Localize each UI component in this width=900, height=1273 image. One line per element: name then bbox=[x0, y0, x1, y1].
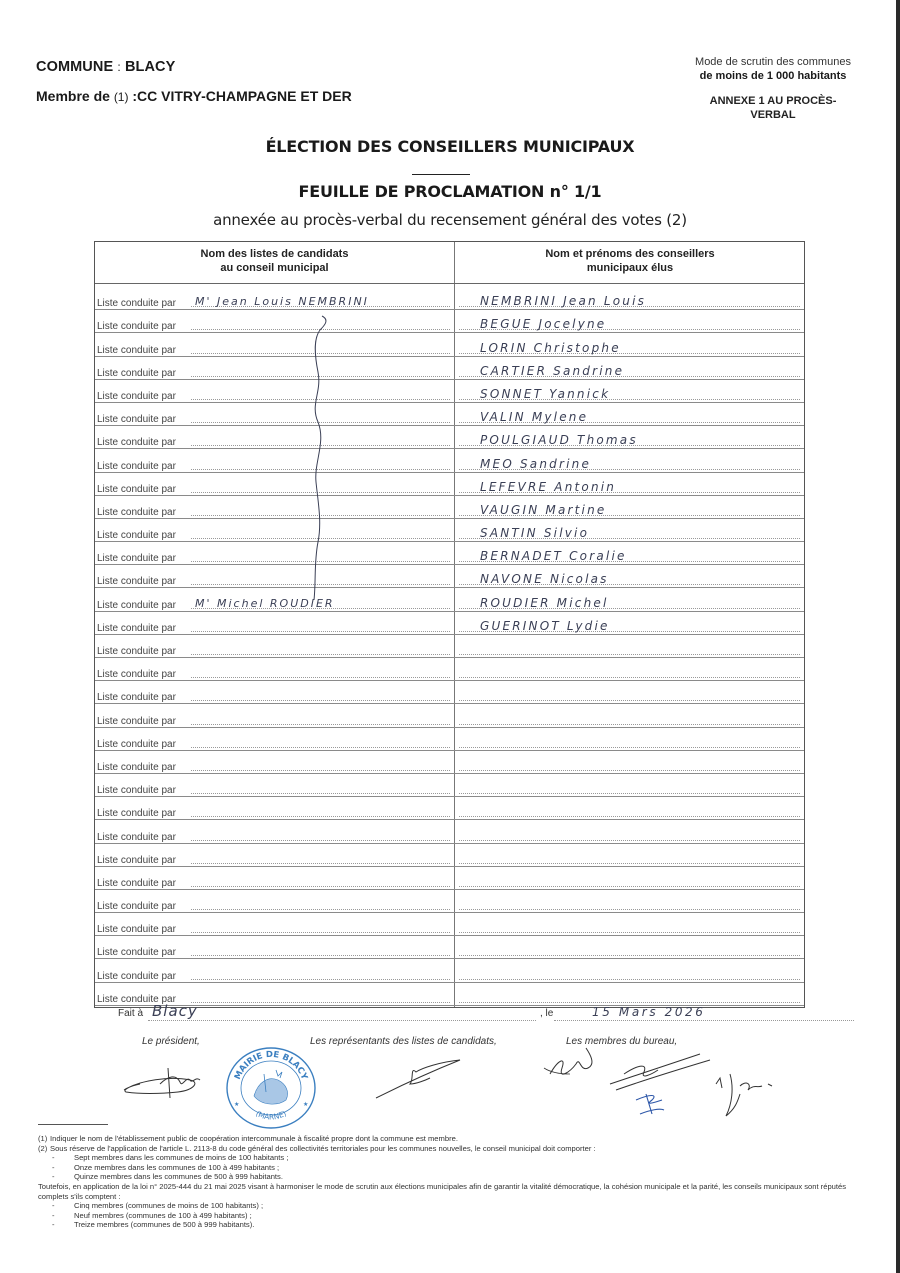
table-row: Liste conduite par bbox=[95, 751, 804, 774]
date-value: 15 Mars 2026 bbox=[592, 1005, 706, 1019]
row-label: Liste conduite par bbox=[97, 646, 176, 657]
list-leader-dotted-line bbox=[191, 584, 450, 585]
list-leader-dotted-line bbox=[191, 445, 450, 446]
table-row: Liste conduite parNAVONE Nicolas bbox=[95, 565, 804, 588]
row-label: Liste conduite par bbox=[97, 461, 176, 472]
svg-text:★: ★ bbox=[303, 1101, 308, 1108]
table-row: Liste conduite par bbox=[95, 728, 804, 751]
table-row: Liste conduite par bbox=[95, 774, 804, 797]
list-leader-dotted-line bbox=[191, 329, 450, 330]
list-leader-dotted-line bbox=[191, 515, 450, 516]
svg-text:MAIRIE DE BLACY: MAIRIE DE BLACY bbox=[233, 1050, 310, 1082]
header-elected-line-1: Nom et prénoms des conseillers bbox=[455, 247, 805, 261]
table-row: Liste conduite parSANTIN Silvio bbox=[95, 519, 804, 542]
footnote-1: (1) Indiquer le nom de l'établissement p… bbox=[38, 1134, 868, 1144]
footnote-list-item: -Cinq membres (communes de moins de 100 … bbox=[38, 1201, 868, 1211]
commune-name: BLACY bbox=[125, 59, 175, 75]
list-leader-dotted-line bbox=[191, 724, 450, 725]
row-label: Liste conduite par bbox=[97, 947, 176, 958]
list-leader-dotted-line bbox=[191, 654, 450, 655]
list-leader-dotted-line bbox=[191, 422, 450, 423]
row-label: Liste conduite par bbox=[97, 623, 176, 634]
row-label: Liste conduite par bbox=[97, 878, 176, 889]
list-leader-dotted-line bbox=[191, 770, 450, 771]
footnotes: (1) Indiquer le nom de l'établissement p… bbox=[38, 1134, 868, 1230]
elected-dotted-line bbox=[459, 932, 800, 933]
row-label: Liste conduite par bbox=[97, 576, 176, 587]
annexe-line-2: VERBAL bbox=[660, 108, 886, 122]
annexe-line-1: ANNEXE 1 AU PROCÈS- bbox=[660, 94, 886, 108]
elected-councillor-name: NEMBRINI Jean Louis bbox=[480, 294, 646, 308]
president-signature bbox=[120, 1062, 210, 1102]
elected-councillor-name: ROUDIER Michel bbox=[480, 596, 609, 610]
list-leader-dotted-line bbox=[191, 886, 450, 887]
table-row: Liste conduite parMEO Sandrine bbox=[95, 449, 804, 472]
list-leader-dotted-line bbox=[191, 816, 450, 817]
mode-scrutin: Mode de scrutin des communes de moins de… bbox=[660, 55, 886, 83]
table-row: Liste conduite par bbox=[95, 890, 804, 913]
list-dash: - bbox=[52, 1172, 74, 1182]
table-row: Liste conduite parLORIN Christophe bbox=[95, 333, 804, 356]
row-label: Liste conduite par bbox=[97, 600, 176, 611]
elected-councillor-name: NAVONE Nicolas bbox=[480, 572, 609, 586]
list-leader-name: M' Michel ROUDIER bbox=[195, 597, 335, 610]
list-dash: - bbox=[52, 1211, 74, 1221]
row-label: Liste conduite par bbox=[97, 669, 176, 680]
list-leader-dotted-line bbox=[191, 538, 450, 539]
list-leader-dotted-line bbox=[191, 863, 450, 864]
row-label: Liste conduite par bbox=[97, 716, 176, 727]
table-row: Liste conduite parBERNADET Coralie bbox=[95, 542, 804, 565]
elected-dotted-line bbox=[459, 840, 800, 841]
list-leader-dotted-line bbox=[191, 353, 450, 354]
elected-dotted-line bbox=[459, 793, 800, 794]
table-row: Liste conduite parSONNET Yannick bbox=[95, 380, 804, 403]
elected-dotted-line bbox=[459, 863, 800, 864]
table-row: Liste conduite par bbox=[95, 635, 804, 658]
list-leader-dotted-line bbox=[191, 469, 450, 470]
elected-councillor-name: LEFEVRE Antonin bbox=[480, 480, 616, 494]
fait-a-dotted-line bbox=[148, 1020, 536, 1021]
footnote-divider bbox=[38, 1124, 108, 1125]
fait-a-place: Blacy bbox=[152, 1002, 198, 1020]
table-row: Liste conduite parPOULGIAUD Thomas bbox=[95, 426, 804, 449]
list-leader-dotted-line bbox=[191, 1002, 450, 1003]
row-label: Liste conduite par bbox=[97, 298, 176, 309]
elected-dotted-line bbox=[459, 955, 800, 956]
row-label: Liste conduite par bbox=[97, 971, 176, 982]
elected-councillor-name: VALIN Mylene bbox=[480, 410, 588, 424]
table-row: Liste conduite par bbox=[95, 704, 804, 727]
footnote-list-item: -Neuf membres (communes de 100 à 499 hab… bbox=[38, 1211, 868, 1221]
table-row: Liste conduite par bbox=[95, 797, 804, 820]
mairie-stamp: MAIRIE DE BLACY (MARNE) ★ ★ bbox=[224, 1046, 318, 1130]
table-row: Liste conduite par bbox=[95, 936, 804, 959]
list-leader-dotted-line bbox=[191, 700, 450, 701]
elected-dotted-line bbox=[459, 770, 800, 771]
elected-dotted-line bbox=[459, 886, 800, 887]
list-leader-dotted-line bbox=[191, 561, 450, 562]
table-row: Liste conduite parBEGUE Jocelyne bbox=[95, 310, 804, 333]
footnote-list-item: -Onze membres dans les communes de 100 à… bbox=[38, 1163, 868, 1173]
elected-councillor-name: SANTIN Silvio bbox=[480, 526, 589, 540]
membre-value: CC VITRY-CHAMPAGNE ET DER bbox=[137, 88, 352, 104]
proclamation-table: Nom des listes de candidats au conseil m… bbox=[94, 241, 805, 1008]
elected-councillor-name: SONNET Yannick bbox=[480, 387, 610, 401]
table-row: Liste conduite par bbox=[95, 820, 804, 843]
list-leader-dotted-line bbox=[191, 747, 450, 748]
elected-dotted-line bbox=[459, 654, 800, 655]
list-item-text: Cinq membres (communes de moins de 100 h… bbox=[74, 1201, 263, 1211]
elected-dotted-line bbox=[459, 816, 800, 817]
row-label: Liste conduite par bbox=[97, 692, 176, 703]
document-annex-caption: annexée au procès-verbal du recensement … bbox=[0, 211, 900, 229]
president-label: Le président, bbox=[142, 1036, 200, 1047]
footnote-toutefois-list: -Cinq membres (communes de moins de 100 … bbox=[38, 1201, 868, 1230]
row-label: Liste conduite par bbox=[97, 785, 176, 796]
row-label: Liste conduite par bbox=[97, 507, 176, 518]
date-label: , le bbox=[540, 1008, 553, 1019]
elected-councillor-name: CARTIER Sandrine bbox=[480, 364, 624, 378]
footnote-toutefois: Toutefois, en application de la loi n° 2… bbox=[38, 1182, 868, 1201]
row-label: Liste conduite par bbox=[97, 484, 176, 495]
mode-line-2: de moins de 1 000 habitants bbox=[660, 69, 886, 83]
elected-councillor-name: LORIN Christophe bbox=[480, 341, 621, 355]
list-item-text: Sept membres dans les communes de moins … bbox=[74, 1153, 288, 1163]
row-label: Liste conduite par bbox=[97, 832, 176, 843]
row-label: Liste conduite par bbox=[97, 437, 176, 448]
list-leader-dotted-line bbox=[191, 492, 450, 493]
elected-councillor-name: POULGIAUD Thomas bbox=[480, 433, 638, 447]
commune-sep: : bbox=[117, 60, 120, 74]
elected-dotted-line bbox=[459, 700, 800, 701]
list-leader-dotted-line bbox=[191, 677, 450, 678]
elected-dotted-line bbox=[459, 677, 800, 678]
table-row: Liste conduite par bbox=[95, 681, 804, 704]
commune-line: COMMUNE : BLACY bbox=[36, 59, 175, 75]
document-subtitle: FEUILLE DE PROCLAMATION n° 1/1 bbox=[0, 182, 900, 201]
table-row: Liste conduite parVAUGIN Martine bbox=[95, 496, 804, 519]
list-leader-name: M' Jean Louis NEMBRINI bbox=[195, 295, 369, 308]
membre-label: Membre de bbox=[36, 88, 110, 104]
bureau-members-signatures bbox=[540, 1044, 810, 1120]
table-header: Nom des listes de candidats au conseil m… bbox=[95, 242, 804, 284]
list-leader-dotted-line bbox=[191, 979, 450, 980]
row-label: Liste conduite par bbox=[97, 924, 176, 935]
table-row: Liste conduite parM' Jean Louis NEMBRINI… bbox=[95, 287, 804, 310]
row-label: Liste conduite par bbox=[97, 739, 176, 750]
list-dash: - bbox=[52, 1201, 74, 1211]
list-dash: - bbox=[52, 1153, 74, 1163]
row-label: Liste conduite par bbox=[97, 762, 176, 773]
table-row: Liste conduite par bbox=[95, 867, 804, 890]
table-row: Liste conduite parCARTIER Sandrine bbox=[95, 357, 804, 380]
list-item-text: Treize membres (communes de 500 à 999 ha… bbox=[74, 1220, 254, 1230]
footnote-2-list: -Sept membres dans les communes de moins… bbox=[38, 1153, 868, 1182]
annexe-label: ANNEXE 1 AU PROCÈS- VERBAL bbox=[660, 94, 886, 122]
commune-label: COMMUNE bbox=[36, 59, 113, 75]
footnote-1-text: Indiquer le nom de l'établissement publi… bbox=[50, 1134, 458, 1144]
header-elected-line-2: municipaux élus bbox=[455, 261, 805, 275]
footnote-list-item: -Quinze membres dans les communes de 500… bbox=[38, 1172, 868, 1182]
membre-footnote-ref: (1) bbox=[114, 90, 129, 104]
document-title: ÉLECTION DES CONSEILLERS MUNICIPAUX bbox=[0, 137, 900, 156]
list-leader-dotted-line bbox=[191, 932, 450, 933]
date-dotted-line bbox=[554, 1020, 854, 1021]
elected-dotted-line bbox=[459, 979, 800, 980]
list-leader-dotted-line bbox=[191, 955, 450, 956]
representative-signature bbox=[370, 1054, 470, 1104]
header-lists: Nom des listes de candidats au conseil m… bbox=[95, 247, 454, 275]
elected-dotted-line bbox=[459, 1002, 800, 1003]
table-row: Liste conduite par bbox=[95, 983, 804, 1006]
row-label: Liste conduite par bbox=[97, 321, 176, 332]
footnote-2: (2) Sous réserve de l'application de l'a… bbox=[38, 1144, 868, 1154]
header-lists-line-1: Nom des listes de candidats bbox=[95, 247, 454, 261]
elected-dotted-line bbox=[459, 909, 800, 910]
membre-line: Membre de (1) :CC VITRY-CHAMPAGNE ET DER bbox=[36, 88, 352, 104]
footnote-list-item: -Treize membres (communes de 500 à 999 h… bbox=[38, 1220, 868, 1230]
table-row: Liste conduite par bbox=[95, 844, 804, 867]
table-row: Liste conduite parGUERINOT Lydie bbox=[95, 612, 804, 635]
row-label: Liste conduite par bbox=[97, 901, 176, 912]
list-leader-dotted-line bbox=[191, 793, 450, 794]
table-row: Liste conduite par bbox=[95, 913, 804, 936]
elected-councillor-name: BEGUE Jocelyne bbox=[480, 317, 606, 331]
list-item-text: Quinze membres dans les communes de 500 … bbox=[74, 1172, 283, 1182]
representants-label: Les représentants des listes de candidat… bbox=[310, 1036, 497, 1047]
list-item-text: Neuf membres (communes de 100 à 499 habi… bbox=[74, 1211, 252, 1221]
table-row: Liste conduite parVALIN Mylene bbox=[95, 403, 804, 426]
table-body: Liste conduite parM' Jean Louis NEMBRINI… bbox=[95, 287, 804, 1006]
fait-a-label: Fait à bbox=[118, 1008, 143, 1019]
title-divider bbox=[412, 174, 470, 175]
footnote-2-number: (2) bbox=[38, 1144, 50, 1154]
row-label: Liste conduite par bbox=[97, 368, 176, 379]
elected-councillor-name: MEO Sandrine bbox=[480, 457, 591, 471]
row-label: Liste conduite par bbox=[97, 345, 176, 356]
list-leader-dotted-line bbox=[191, 909, 450, 910]
table-row: Liste conduite par bbox=[95, 959, 804, 982]
table-row: Liste conduite parM' Michel ROUDIERROUDI… bbox=[95, 588, 804, 611]
list-leader-dotted-line bbox=[191, 376, 450, 377]
list-leader-dotted-line bbox=[191, 840, 450, 841]
header-elected: Nom et prénoms des conseillers municipau… bbox=[455, 247, 805, 275]
table-row: Liste conduite par bbox=[95, 658, 804, 681]
row-label: Liste conduite par bbox=[97, 530, 176, 541]
svg-text:★: ★ bbox=[234, 1101, 239, 1108]
row-label: Liste conduite par bbox=[97, 855, 176, 866]
svg-text:(MARNE): (MARNE) bbox=[254, 1109, 288, 1122]
list-dash: - bbox=[52, 1163, 74, 1173]
elected-dotted-line bbox=[459, 747, 800, 748]
header-lists-line-2: au conseil municipal bbox=[95, 261, 454, 275]
row-label: Liste conduite par bbox=[97, 414, 176, 425]
footnote-1-number: (1) bbox=[38, 1134, 50, 1144]
elected-councillor-name: GUERINOT Lydie bbox=[480, 619, 610, 633]
elected-councillor-name: BERNADET Coralie bbox=[480, 549, 627, 563]
list-leader-dotted-line bbox=[191, 399, 450, 400]
elected-dotted-line bbox=[459, 724, 800, 725]
elected-councillor-name: VAUGIN Martine bbox=[480, 503, 606, 517]
row-label: Liste conduite par bbox=[97, 553, 176, 564]
list-item-text: Onze membres dans les communes de 100 à … bbox=[74, 1163, 279, 1173]
list-leader-dotted-line bbox=[191, 631, 450, 632]
row-label: Liste conduite par bbox=[97, 391, 176, 402]
table-row: Liste conduite parLEFEVRE Antonin bbox=[95, 473, 804, 496]
mode-line-1: Mode de scrutin des communes bbox=[660, 55, 886, 69]
footnote-2-text: Sous réserve de l'application de l'artic… bbox=[50, 1144, 596, 1154]
list-dash: - bbox=[52, 1220, 74, 1230]
row-label: Liste conduite par bbox=[97, 808, 176, 819]
footnote-list-item: -Sept membres dans les communes de moins… bbox=[38, 1153, 868, 1163]
